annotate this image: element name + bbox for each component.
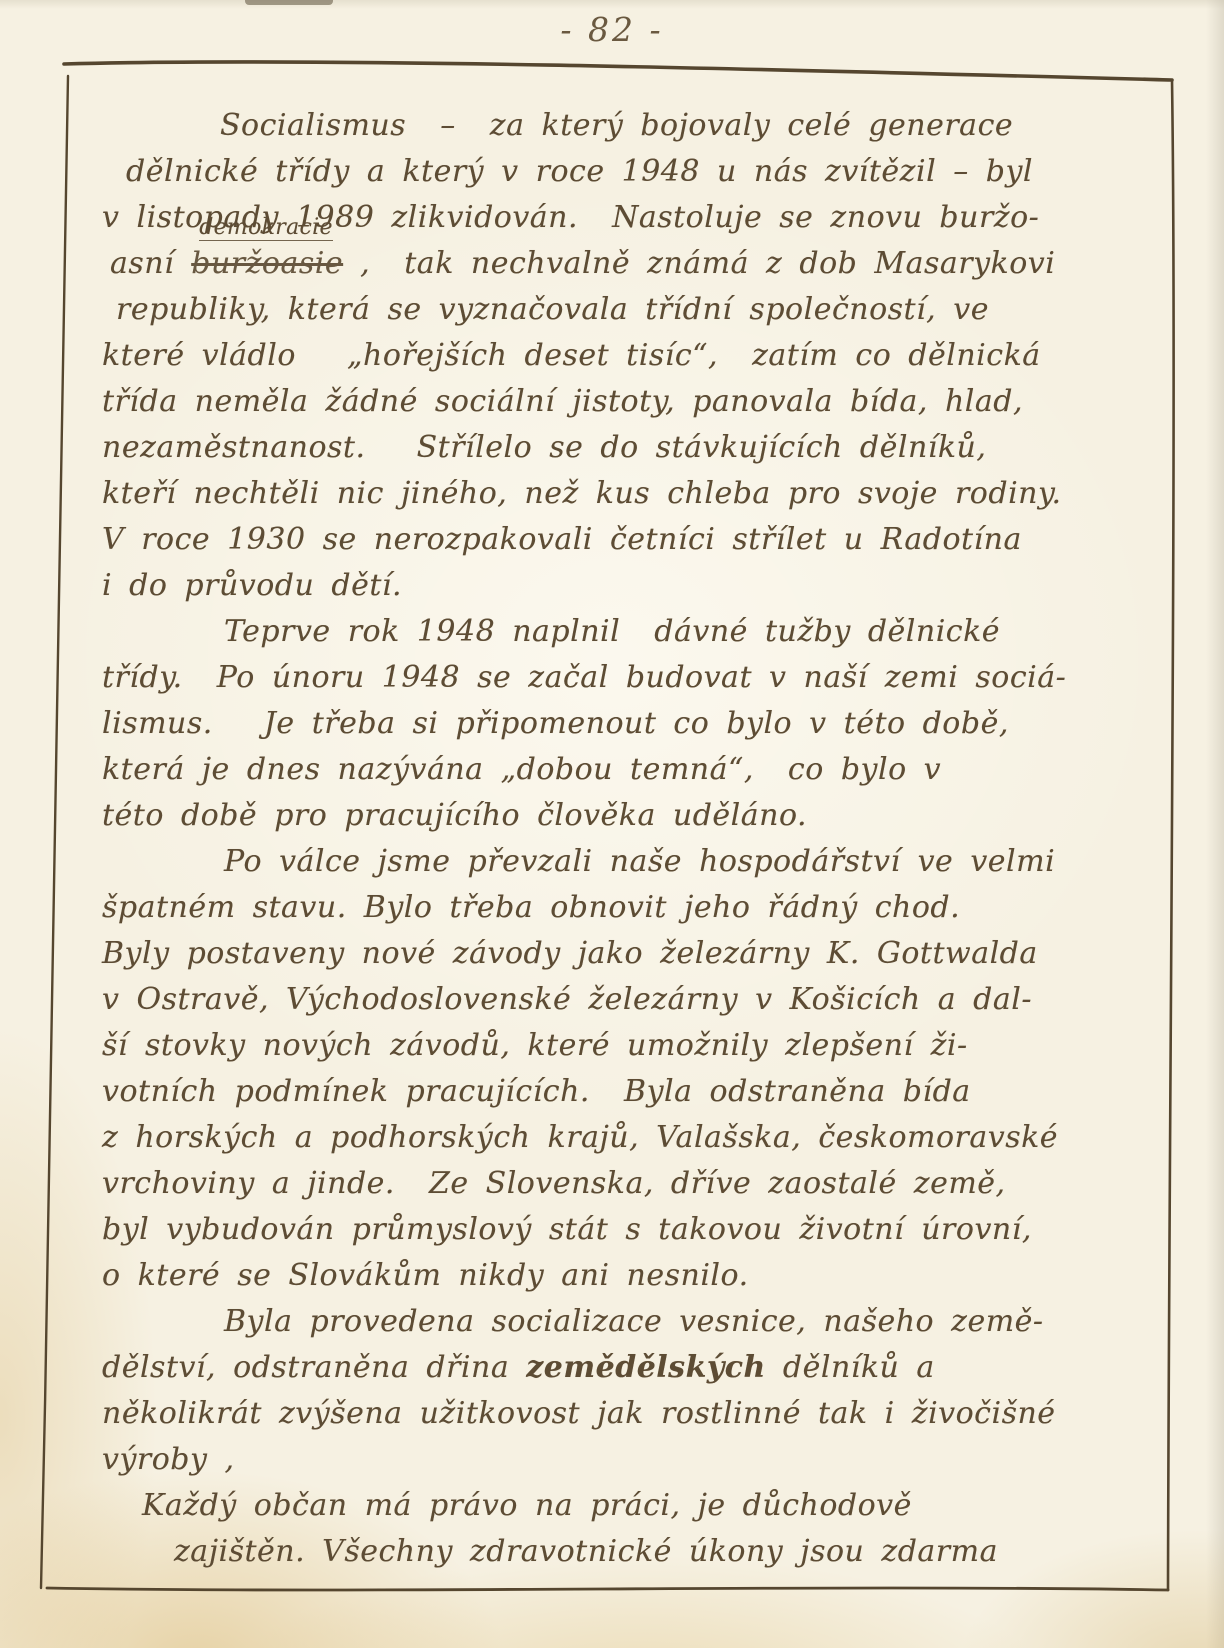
text-run: asní [110,246,191,281]
manuscript-line: Byla provedena socializace vesnice, naše… [224,1300,1132,1346]
text-run: kteří nechtěli nic jiného, než kus chleb… [102,476,1061,511]
manuscript-line: špatném stavu. Bylo třeba obnovit jeho ř… [102,886,1132,932]
text-run: V roce 1930 se nerozpakovali četníci stř… [102,522,1022,557]
manuscript-line: dělnické třídy a který v roce 1948 u nás… [126,150,1132,196]
scan-edge-artifact [245,0,333,5]
text-run: dělnické třídy a který v roce 1948 u nás… [126,154,1033,189]
scanned-manuscript-page: { "page": { "page_number": "- 82 -", "pa… [0,0,1224,1648]
manuscript-line: republiky, která se vyznačovala třídní s… [116,288,1132,334]
text-run: nezaměstnanost. Střílelo se do stávkujíc… [102,430,986,465]
text-run: lismus. Je třeba si připomenout co bylo … [102,706,1009,741]
text-run: Teprve rok 1948 naplnil dávné tužby děln… [224,614,1000,649]
text-run: dělníků a [766,1350,935,1385]
manuscript-line: třída neměla žádné sociální jistoty, pan… [102,380,1132,426]
manuscript-line: Byly postaveny nové závody jako železárn… [102,932,1132,978]
manuscript-line: zajištěn. Všechny zdravotnické úkony jso… [174,1530,1132,1576]
text-run: Po válce jsme převzali naše hospodářství… [224,844,1055,879]
text-run: Byly postaveny nové závody jako železárn… [102,936,1038,971]
struck-word: buržoasie [191,246,343,281]
text-run: zajištěn. Všechny zdravotnické úkony jso… [174,1534,998,1569]
manuscript-line: dělství, odstraněna dřina zemědělských d… [102,1346,1132,1392]
text-run: votních podmínek pracujících. Byla odstr… [102,1074,971,1109]
manuscript-line: Teprve rok 1948 naplnil dávné tužby děln… [224,610,1132,656]
manuscript-line: výroby , [102,1438,1132,1484]
manuscript-line: z horských a podhorských krajů, Valašska… [102,1116,1132,1162]
manuscript-line: Po válce jsme převzali naše hospodářství… [224,840,1132,886]
manuscript-line: které vládlo „hořejších deset tisíc“, za… [102,334,1132,380]
text-run: ší stovky nových závodů, které umožnily … [102,1028,968,1063]
manuscript-line: kteří nechtěli nic jiného, než kus chleb… [102,472,1132,518]
manuscript-line: v Ostravě, Východoslovenské železárny v … [102,978,1132,1024]
border-top-line [64,62,1172,80]
manuscript-line: několikrát zvýšena užitkovost jak rostli… [102,1392,1132,1438]
text-run: dělství, odstraněna dřina [102,1350,526,1385]
manuscript-line: votních podmínek pracujících. Byla odstr… [102,1070,1132,1116]
manuscript-line: této době pro pracujícího člověka udělán… [102,794,1132,840]
text-run: i do průvodu dětí. [102,568,402,603]
text-run: Byla provedena socializace vesnice, naše… [224,1304,1044,1339]
manuscript-line: třídy. Po únoru 1948 se začal budovat v … [102,656,1132,702]
manuscript-line: V roce 1930 se nerozpakovali četníci stř… [102,518,1132,564]
manuscript-line: asní buržoasiedemokracie , tak nechvalně… [110,242,1132,288]
border-right-line [1168,80,1174,1590]
manuscript-line: která je dnes nazývána „dobou temná“, co… [102,748,1132,794]
text-run: výroby , [102,1442,235,1477]
text-run: třída neměla žádné sociální jistoty, pan… [102,384,1023,419]
text-run: několikrát zvýšena užitkovost jak rostli… [102,1396,1056,1431]
inserted-word: demokracie [199,217,333,241]
manuscript-line: byl vybudován průmyslový stát s takovou … [102,1208,1132,1254]
handwritten-correction: buržoasiedemokracie [191,242,343,286]
manuscript-line: Každý občan má právo na práci, je důchod… [142,1484,1132,1530]
border-bottom-line [47,1588,1168,1590]
text-run: zemědělských [526,1350,766,1385]
manuscript-line: lismus. Je třeba si připomenout co bylo … [102,702,1132,748]
text-run: byl vybudován průmyslový stát s takovou … [102,1212,1032,1247]
text-run: která je dnes nazývána „dobou temná“, co… [102,752,941,787]
page-number: - 82 - [0,10,1224,49]
text-run: republiky, která se vyznačovala třídní s… [116,292,989,327]
text-run: třídy. Po únoru 1948 se začal budovat v … [102,660,1066,695]
manuscript-text: Socialismus – za který bojovaly celé gen… [102,104,1132,1576]
text-run: vrchoviny a jinde. Ze Slovenska, dříve z… [102,1166,1006,1201]
text-run: této době pro pracujícího člověka udělán… [102,798,807,833]
border-left-line [41,76,68,1588]
manuscript-line: vrchoviny a jinde. Ze Slovenska, dříve z… [102,1162,1132,1208]
text-run: o které se Slovákům nikdy ani nesnilo. [102,1258,749,1293]
manuscript-line: i do průvodu dětí. [102,564,1132,610]
text-run: špatném stavu. Bylo třeba obnovit jeho ř… [102,890,960,925]
text-run: , tak nechvalně známá z dob Masarykovi [343,246,1055,281]
manuscript-line: ší stovky nových závodů, které umožnily … [102,1024,1132,1070]
text-run: z horských a podhorských krajů, Valašska… [102,1120,1058,1155]
text-run: v Ostravě, Východoslovenské železárny v … [102,982,1032,1017]
manuscript-line: o které se Slovákům nikdy ani nesnilo. [102,1254,1132,1300]
text-run: Každý občan má právo na práci, je důchod… [142,1488,912,1523]
manuscript-line: Socialismus – za který bojovaly celé gen… [220,104,1132,150]
text-run: Socialismus – za který bojovaly celé gen… [220,108,1013,143]
text-run: které vládlo „hořejších deset tisíc“, za… [102,338,1041,373]
manuscript-line: nezaměstnanost. Střílelo se do stávkujíc… [102,426,1132,472]
